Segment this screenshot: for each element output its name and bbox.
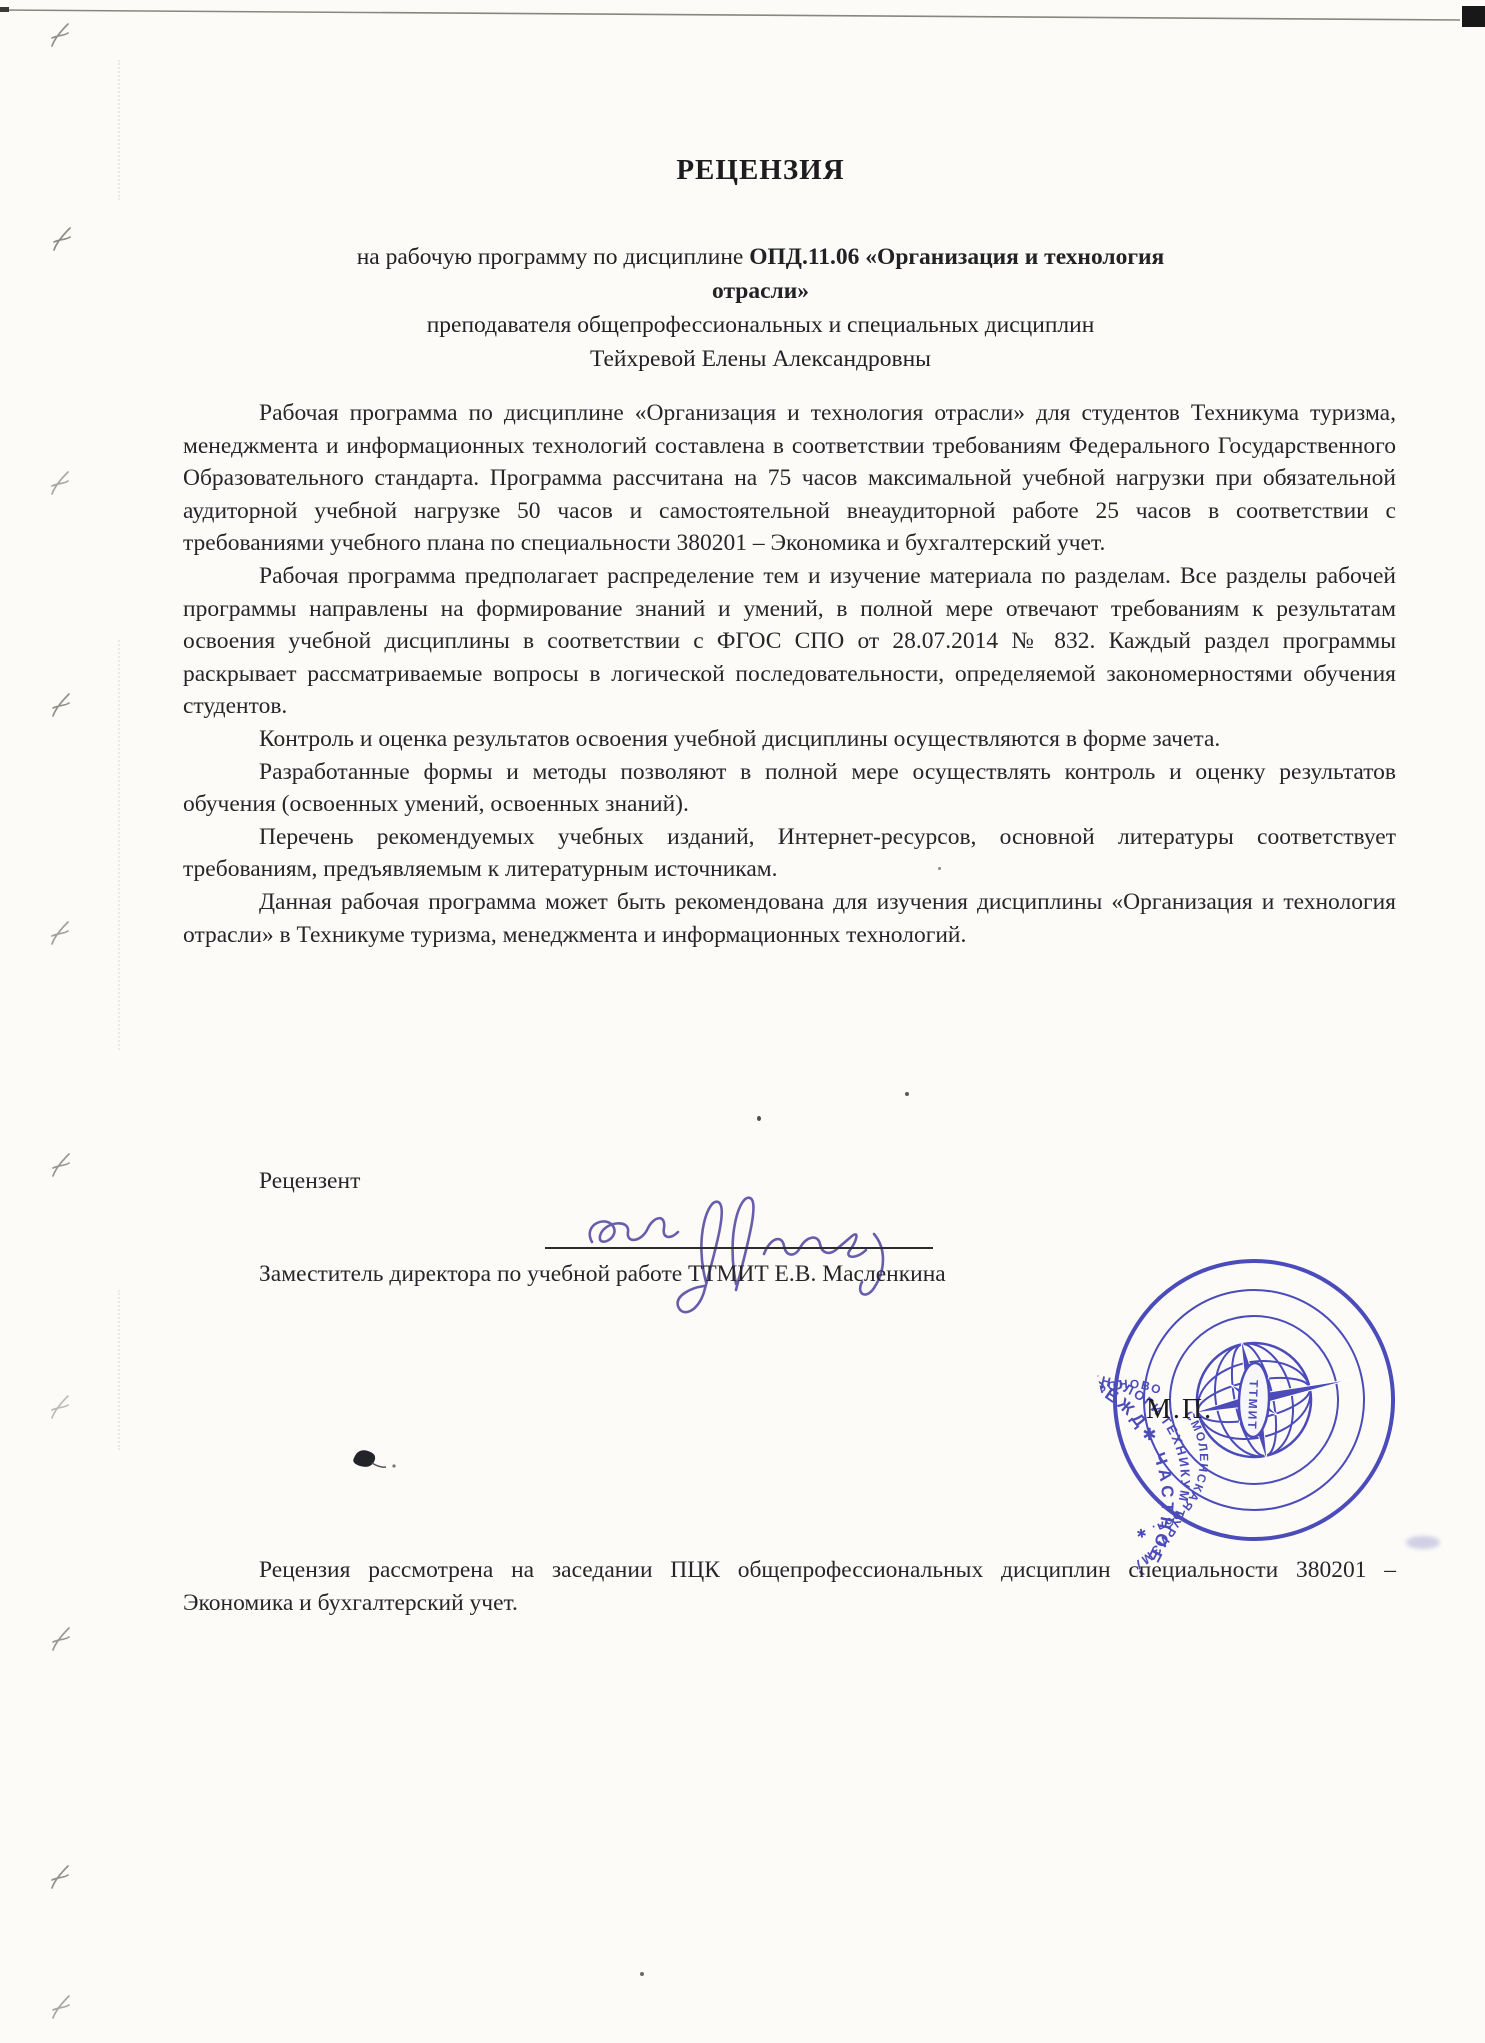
subtitle-line-1-normal: на рабочую программу по дисциплине <box>357 244 750 270</box>
subtitle-line-2: отрасли» <box>183 274 1338 308</box>
scan-noise-artifact <box>118 60 120 200</box>
ink-blot-artifact <box>350 1446 410 1476</box>
mp-seal-label: М.П. <box>1146 1394 1213 1426</box>
signature <box>578 1190 928 1320</box>
document-body: Рабочая программа по дисциплине «Организ… <box>183 397 1396 951</box>
margin-marks-artifact <box>42 0 82 2043</box>
subtitle-line-3: преподавателя общепрофессиональных и спе… <box>183 308 1338 342</box>
subtitle-line-1-bold: ОПД.11.06 «Организация и технология <box>749 244 1164 270</box>
reviewer-label: Рецензент <box>259 1168 360 1195</box>
body-paragraph-4: Разработанные формы и методы позволяют в… <box>183 756 1396 821</box>
stamp-center-label: ТТМИТ <box>1245 1380 1261 1431</box>
dust-speck-artifact <box>640 1972 644 1976</box>
body-paragraph-2: Рабочая программа предполагает распредел… <box>183 560 1396 723</box>
closing-paragraph: Рецензия рассмотрена на заседании ПЦК об… <box>183 1554 1396 1619</box>
ink-smudge-artifact <box>1406 1536 1440 1549</box>
subtitle-line-1: на рабочую программу по дисциплине ОПД.1… <box>183 240 1338 274</box>
body-paragraph-3: Контроль и оценка результатов освоения у… <box>183 723 1396 756</box>
dust-speck-artifact <box>905 1092 909 1096</box>
document-subheading: на рабочую программу по дисциплине ОПД.1… <box>183 240 1338 376</box>
body-paragraph-5: Перечень рекомендуемых учебных изданий, … <box>183 821 1396 886</box>
official-stamp: ✱ ЧАСТНОЕ ПРОФЕССИОНАЛЬНОЕ ОБРАЗОВАТЕЛЬН… <box>1078 1224 1429 1575</box>
closing-block: Рецензия рассмотрена на заседании ПЦК об… <box>183 1554 1396 1619</box>
page-title: РЕЦЕНЗИЯ <box>183 154 1338 187</box>
dust-speck-artifact <box>757 1116 761 1121</box>
scan-edge-artifact <box>0 0 1485 32</box>
body-paragraph-1: Рабочая программа по дисциплине «Организ… <box>183 397 1396 560</box>
body-paragraph-6: Данная рабочая программа может быть реко… <box>183 886 1396 951</box>
document-page: РЕЦЕНЗИЯ на рабочую программу по дисципл… <box>0 0 1485 2043</box>
subtitle-line-4: Тейхревой Елены Александровны <box>183 342 1338 376</box>
signature-line <box>545 1247 933 1249</box>
scan-noise-artifact <box>118 1290 120 1450</box>
scan-noise-artifact <box>118 640 120 1050</box>
